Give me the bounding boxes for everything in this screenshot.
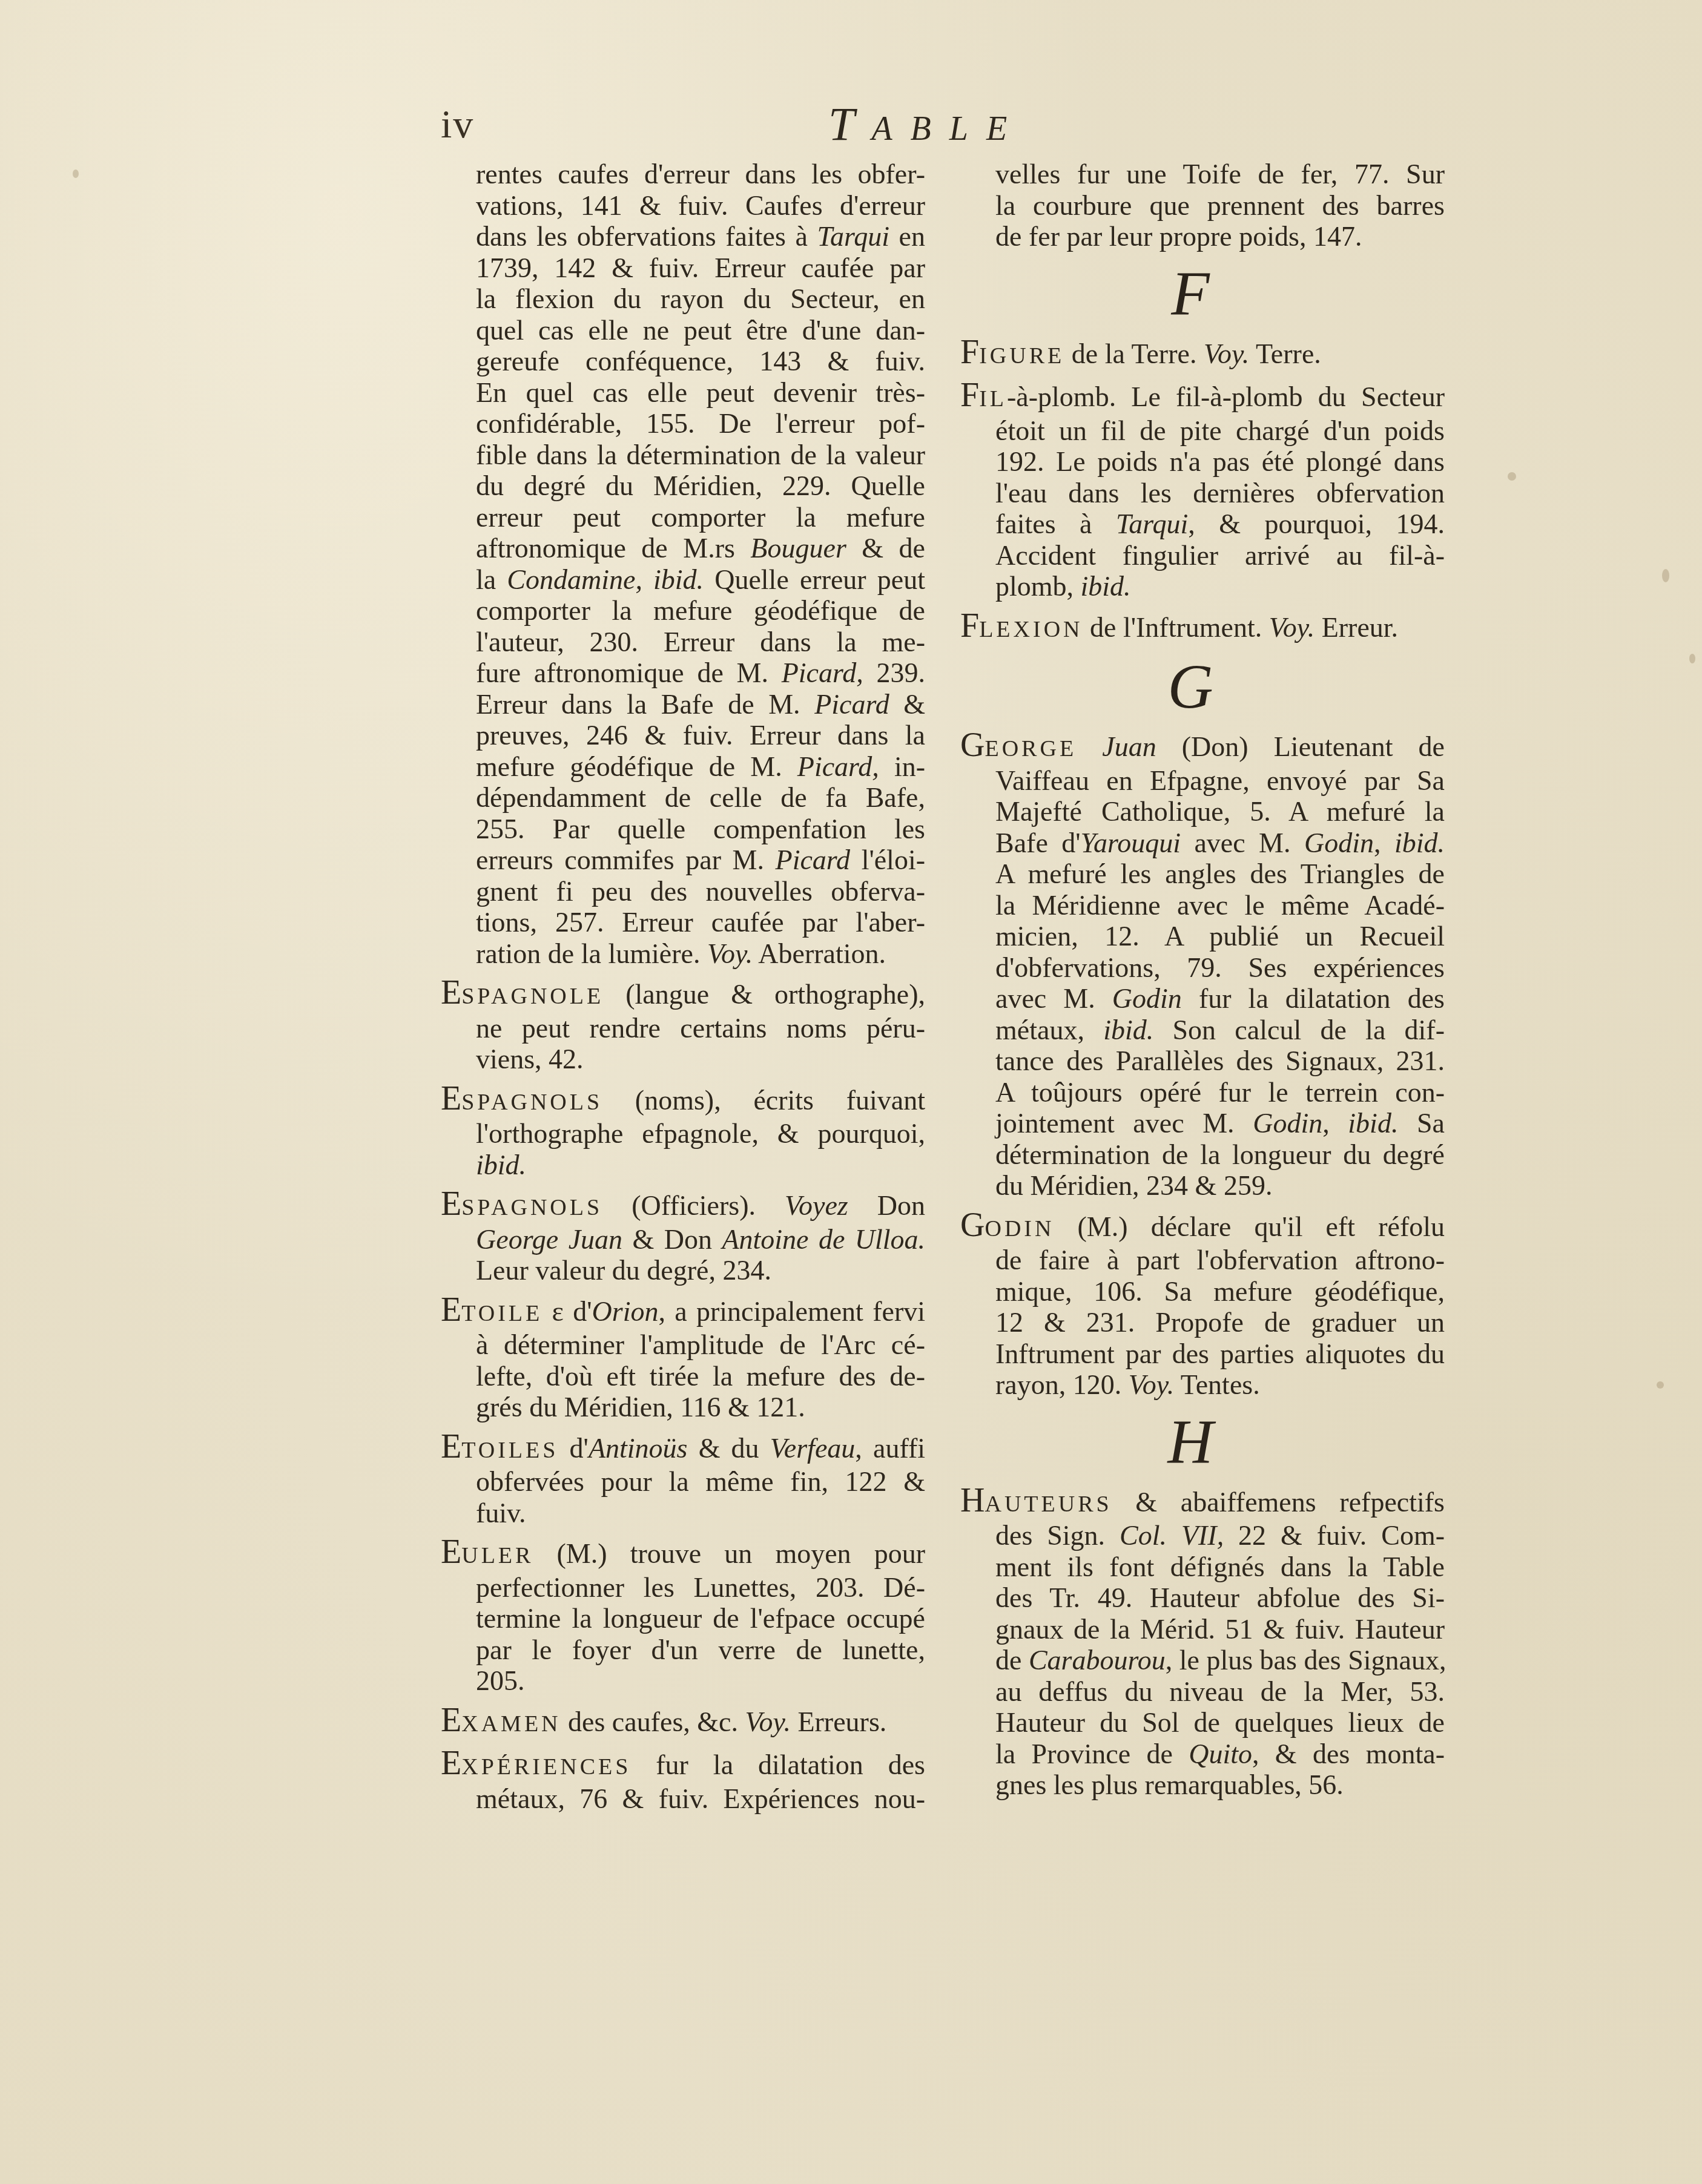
text-line: rentes caufes d'erreur dans les obfer- (441, 159, 925, 190)
text-line: Vaiffeau en Efpagne, envoyé par Sa (960, 765, 1445, 797)
text-line: Inftrument par des parties aliquotes du (960, 1338, 1445, 1370)
entry-first-line: ESPAGNOLE (langue & orthographe), (441, 978, 925, 1013)
text-line: à déterminer l'amplitude de l'Arc cé- (441, 1329, 925, 1361)
text-line: comporter la mefure géodéfique de (441, 595, 925, 627)
entry-first-line: EULER (M.) trouve un moyen pour (441, 1537, 925, 1572)
text-line: des Sign. Col. VII, 22 & fuiv. Com- (960, 1520, 1445, 1551)
text-line: preuves, 246 & fuiv. Erreur dans la (441, 720, 925, 751)
entry-text: -à-plomb. Le fil-à-plomb du Secteur (1007, 381, 1445, 412)
entry-first-line: ESPAGNOLS (Officiers). Voyez Don (441, 1189, 925, 1224)
text-line: métaux, 76 & fuiv. Expériences nou- (441, 1783, 925, 1815)
text-line: micien, 12. A publié un Recueil (960, 921, 1445, 952)
headword-initial: E (441, 1533, 461, 1571)
continued-entry-erreurs: rentes caufes d'erreur dans les obfer-va… (441, 159, 925, 969)
text-line: A mefuré les angles des Triangles de (960, 858, 1445, 890)
text-line: faites à Tarqui, & pourquoi, 194. (960, 508, 1445, 540)
text-line: étoit un fil de pite chargé d'un poids (960, 415, 1445, 447)
text-line: avec M. Godin fur la dilatation des (960, 983, 1445, 1015)
headword-initial: E (441, 974, 461, 1011)
right-sections: FFIGURE de la Terre. Voy. Terre.FIL-à-pl… (960, 261, 1445, 1801)
letter-section-g: GGEORGE Juan (Don) Lieutenant deVaiffeau… (960, 654, 1445, 1401)
headword-smallcaps: SPAGNOLS (461, 1195, 602, 1220)
headword-initial: G (960, 1206, 985, 1244)
text-line: la flexion du rayon du Secteur, en (441, 283, 925, 315)
text-line: Hauteur du Sol de quelques lieux de (960, 1707, 1445, 1738)
index-entry: FIGURE de la Terre. Voy. Terre. (960, 337, 1445, 372)
text-line: ne peut rendre certains noms péru- (441, 1013, 925, 1044)
section-letter-heading: H (960, 1409, 1445, 1476)
text-line: Majefté Catholique, 5. A mefuré la (960, 796, 1445, 827)
text-line: En quel cas elle peut devenir très- (441, 377, 925, 409)
text-line: mefure géodéfique de M. Picard, in- (441, 751, 925, 783)
letter-section-h: HHAUTEURS & abaiffemens refpectifsdes Si… (960, 1409, 1445, 1801)
text-line: du Méridien, 234 & 259. (960, 1170, 1445, 1202)
headword-smallcaps: AUTEURS (985, 1492, 1112, 1517)
headword: HAUTEURS (960, 1487, 1112, 1518)
page-title: TABLE (828, 97, 1025, 151)
entry-first-line: FLEXION de l'Inftrument. Voy. Erreur. (960, 611, 1445, 646)
headword-initial: E (441, 1428, 461, 1465)
text-line: des Tr. 49. Hauteur abfolue des Si- (960, 1582, 1445, 1614)
entry-text: des caufes, &c. Voy. Erreurs. (568, 1706, 886, 1737)
text-line: erreurs commifes par M. Picard l'éloi- (441, 844, 925, 876)
running-head: iv TABLE (441, 97, 1083, 151)
headword: EXAMEN (441, 1706, 561, 1737)
text-line: gnes les plus remarquables, 56. (960, 1769, 1445, 1801)
headword-initial: E (441, 1080, 461, 1117)
entry-text: (noms), écrits fuivant (635, 1085, 925, 1116)
text-line: vations, 141 & fuiv. Caufes d'erreur (441, 190, 925, 222)
entry-first-line: FIL-à-plomb. Le fil-à-plomb du Secteur (960, 380, 1445, 415)
headword-initial: E (441, 1291, 461, 1329)
text-line: viens, 42. (441, 1044, 925, 1075)
headword-smallcaps: SPAGNOLE (461, 984, 604, 1009)
headword: FIL (960, 381, 1007, 412)
text-line: ibid. (441, 1150, 925, 1181)
text-line: l'orthographe efpagnole, & pourquoi, (441, 1118, 925, 1150)
text-line: termine la longueur de l'efpace occupé (441, 1603, 925, 1634)
text-line: la Méridienne avec le même Acadé- (960, 890, 1445, 921)
paper-speck (1657, 1381, 1664, 1389)
text-line: fuiv. (441, 1498, 925, 1529)
paper-speck (73, 169, 79, 178)
title-initial: T (828, 97, 871, 150)
text-line: l'auteur, 230. Erreur dans la me- (441, 627, 925, 658)
text-line: A toûjours opéré fur le terrein con- (960, 1077, 1445, 1108)
text-line: 255. Par quelle compenfation les (441, 814, 925, 845)
entry-text: (Officiers). Voyez Don (632, 1190, 925, 1221)
headword-smallcaps: ODIN (985, 1216, 1054, 1242)
text-line: aftronomique de M.rs Bouguer & de (441, 533, 925, 564)
paper-speck (1662, 569, 1669, 582)
entry-text: de la Terre. Voy. Terre. (1072, 338, 1321, 369)
index-entry: HAUTEURS & abaiffemens refpectifsdes Sig… (960, 1485, 1445, 1801)
text-line: Accident fingulier arrivé au fil-à- (960, 540, 1445, 571)
headword-smallcaps: ULER (461, 1543, 533, 1568)
paper-speck (1689, 654, 1695, 663)
headword-initial: H (960, 1482, 985, 1519)
left-entries: ESPAGNOLE (langue & orthographe),ne peut… (441, 978, 925, 1814)
headword-initial: E (441, 1745, 461, 1782)
index-entry: EXPÉRIENCES fur la dilatation desmétaux,… (441, 1748, 925, 1814)
index-entry: FIL-à-plomb. Le fil-à-plomb du Secteurét… (960, 380, 1445, 602)
entry-first-line: FIGURE de la Terre. Voy. Terre. (960, 337, 1445, 372)
text-line: Leur valeur du degré, 234. (441, 1255, 925, 1286)
headword-initial: E (441, 1185, 461, 1223)
text-line: du degré du Méridien, 229. Quelle (441, 470, 925, 502)
text-line: gereufe conféquence, 143 & fuiv. (441, 346, 925, 377)
text-line: la courbure que prennent des barres (960, 190, 1445, 222)
headword: GODIN (960, 1211, 1054, 1242)
text-line: de Carabourou, le plus bas des Signaux, (960, 1645, 1445, 1676)
text-line: la Condamine, ibid. Quelle erreur peut (441, 564, 925, 596)
text-line: dans les obfervations faites à Tarqui en (441, 221, 925, 252)
entry-first-line: ESPAGNOLS (noms), écrits fuivant (441, 1084, 925, 1119)
text-line: 12 & 231. Propofe de graduer un (960, 1307, 1445, 1338)
index-entry: ESPAGNOLE (langue & orthographe),ne peut… (441, 978, 925, 1075)
text-line: la Province de Quito, & des monta- (960, 1738, 1445, 1770)
text-line: par le foyer d'un verre de lunette, (441, 1634, 925, 1666)
text-line: tions, 257. Erreur caufée par l'aber- (441, 907, 925, 938)
text-line: de fer par leur propre poids, 147. (960, 221, 1445, 252)
headword-smallcaps: SPAGNOLS (461, 1090, 602, 1115)
entry-first-line: HAUTEURS & abaiffemens refpectifs (960, 1485, 1445, 1521)
text-line: obfervées pour la même fin, 122 & (441, 1466, 925, 1498)
headword: GEORGE (960, 731, 1077, 762)
headword: FIGURE (960, 338, 1064, 369)
text-line: erreur peut comporter la mefure (441, 502, 925, 533)
entry-first-line: GEORGE Juan (Don) Lieutenant de (960, 730, 1445, 765)
text-line: plomb, ibid. (960, 571, 1445, 602)
title-rest: ABLE (871, 110, 1025, 148)
continued-entry-experiences: velles fur une Toife de fer, 77. Surla c… (960, 159, 1445, 252)
entry-first-line: EXAMEN des caufes, &c. Voy. Erreurs. (441, 1705, 925, 1740)
index-entry: ESPAGNOLS (noms), écrits fuivantl'orthog… (441, 1084, 925, 1181)
text-line: 205. (441, 1665, 925, 1697)
headword-initial: E (441, 1702, 461, 1739)
book-page: iv TABLE rentes caufes d'erreur dans les… (0, 0, 1702, 2184)
headword: ETOILES (441, 1433, 558, 1464)
section-letter-heading: G (960, 654, 1445, 720)
right-column: velles fur une Toife de fer, 77. Surla c… (960, 159, 1445, 1801)
text-line: au deffus du niveau de la Mer, 53. (960, 1676, 1445, 1708)
index-entry: FLEXION de l'Inftrument. Voy. Erreur. (960, 611, 1445, 646)
headword-smallcaps: IGURE (979, 343, 1064, 369)
entry-text: d'Antinoüs & du Verfeau, auffi (570, 1433, 925, 1464)
entry-text: (langue & orthographe), (625, 979, 925, 1010)
entry-text: (M.) trouve un moyen pour (557, 1538, 925, 1569)
text-line: détermination de la longueur du degré (960, 1139, 1445, 1171)
text-line: 192. Le poids n'a pas été plongé dans (960, 446, 1445, 478)
entry-text: (M.) déclare qu'il eft réfolu (1078, 1211, 1445, 1242)
headword-smallcaps: TOILE (461, 1301, 543, 1326)
entry-text: Juan (Don) Lieutenant de (1102, 731, 1445, 762)
headword-smallcaps: LEXION (979, 617, 1083, 642)
text-line: jointement avec M. Godin, ibid. Sa (960, 1108, 1445, 1139)
headword-initial: G (960, 726, 985, 764)
text-line: gnaux de la Mérid. 51 & fuiv. Hauteur (960, 1614, 1445, 1645)
text-line: lefte, d'où eft tirée la mefure des de- (441, 1361, 925, 1392)
index-entry: ETOILE ε d'Orion, a principalement fervi… (441, 1295, 925, 1423)
headword-initial: F (960, 377, 979, 414)
index-entry: GEORGE Juan (Don) Lieutenant deVaiffeau … (960, 730, 1445, 1202)
text-line: George Juan & Don Antoine de Ulloa. (441, 1224, 925, 1255)
headword-initial: F (960, 607, 979, 645)
left-column: rentes caufes d'erreur dans les obfer-va… (441, 159, 925, 1814)
text-line: Bafe d'Yarouqui avec M. Godin, ibid. (960, 827, 1445, 859)
headword-smallcaps: TOILES (461, 1438, 558, 1463)
text-line: de faire à part l'obfervation aftrono- (960, 1245, 1445, 1276)
index-entry: GODIN (M.) déclare qu'il eft réfolude fa… (960, 1210, 1445, 1401)
headword-smallcaps: EORGE (985, 736, 1077, 761)
index-entry: ESPAGNOLS (Officiers). Voyez DonGeorge J… (441, 1189, 925, 1286)
index-entry: ETOILES d'Antinoüs & du Verfeau, auffiob… (441, 1432, 925, 1529)
page-number: iv (441, 102, 474, 148)
section-letter-heading: F (960, 261, 1445, 327)
text-line: d'obfervations, 79. Ses expériences (960, 952, 1445, 984)
text-line: confidérable, 155. De l'erreur pof- (441, 408, 925, 439)
entry-first-line: ETOILE ε d'Orion, a principalement fervi (441, 1295, 925, 1330)
headword: ESPAGNOLS (441, 1190, 602, 1221)
headword: ETOILE (441, 1296, 543, 1327)
letter-section-f: FFIGURE de la Terre. Voy. Terre.FIL-à-pl… (960, 261, 1445, 646)
text-line: mique, 106. Sa mefure géodéfique, (960, 1276, 1445, 1307)
entry-first-line: ETOILES d'Antinoüs & du Verfeau, auffi (441, 1432, 925, 1467)
paper-speck (1508, 472, 1516, 481)
headword-smallcaps: IL (979, 386, 1007, 412)
text-line: quel cas elle ne peut être d'une dan- (441, 315, 925, 346)
headword: ESPAGNOLS (441, 1085, 602, 1116)
headword-smallcaps: XAMEN (461, 1711, 561, 1737)
text-line: l'eau dans les dernières obfervation (960, 478, 1445, 509)
text-line: 1739, 142 & fuiv. Erreur caufée par (441, 252, 925, 284)
entry-first-line: GODIN (M.) déclare qu'il eft réfolu (960, 1210, 1445, 1245)
text-line: grés du Méridien, 116 & 121. (441, 1392, 925, 1423)
index-entry: EXAMEN des caufes, &c. Voy. Erreurs. (441, 1705, 925, 1740)
text-line: fure aftronomique de M. Picard, 239. (441, 657, 925, 689)
text-line: dépendamment de celle de fa Bafe, (441, 782, 925, 814)
entry-first-line: EXPÉRIENCES fur la dilatation des (441, 1748, 925, 1783)
headword: EXPÉRIENCES (441, 1749, 631, 1780)
entry-text: & abaiffemens refpectifs (1135, 1487, 1445, 1518)
text-line: velles fur une Toife de fer, 77. Sur (960, 159, 1445, 190)
text-line: tance des Parallèles des Signaux, 231. (960, 1045, 1445, 1077)
text-line: fible dans la détermination de la valeur (441, 439, 925, 471)
headword: EULER (441, 1538, 533, 1569)
headword-smallcaps: XPÉRIENCES (461, 1754, 631, 1780)
text-line: perfectionner les Lunettes, 203. Dé- (441, 1572, 925, 1603)
headword-initial: F (960, 334, 979, 371)
text-line: ment ils font défignés dans la Table (960, 1551, 1445, 1583)
text-line: ration de la lumière. Voy. Aberration. (441, 938, 925, 970)
entry-text: de l'Inftrument. Voy. Erreur. (1090, 612, 1398, 643)
headword: ESPAGNOLE (441, 979, 604, 1010)
index-entry: EULER (M.) trouve un moyen pourperfectio… (441, 1537, 925, 1697)
text-line: Erreur dans la Bafe de M. Picard & (441, 689, 925, 720)
entry-text: ε d'Orion, a principalement fervi (552, 1296, 925, 1327)
entry-text: fur la dilatation des (656, 1749, 925, 1780)
text-line: métaux, ibid. Son calcul de la dif- (960, 1015, 1445, 1046)
text-line: gnent fi peu des nouvelles obferva- (441, 876, 925, 907)
text-line: rayon, 120. Voy. Tentes. (960, 1369, 1445, 1401)
headword: FLEXION (960, 612, 1083, 643)
